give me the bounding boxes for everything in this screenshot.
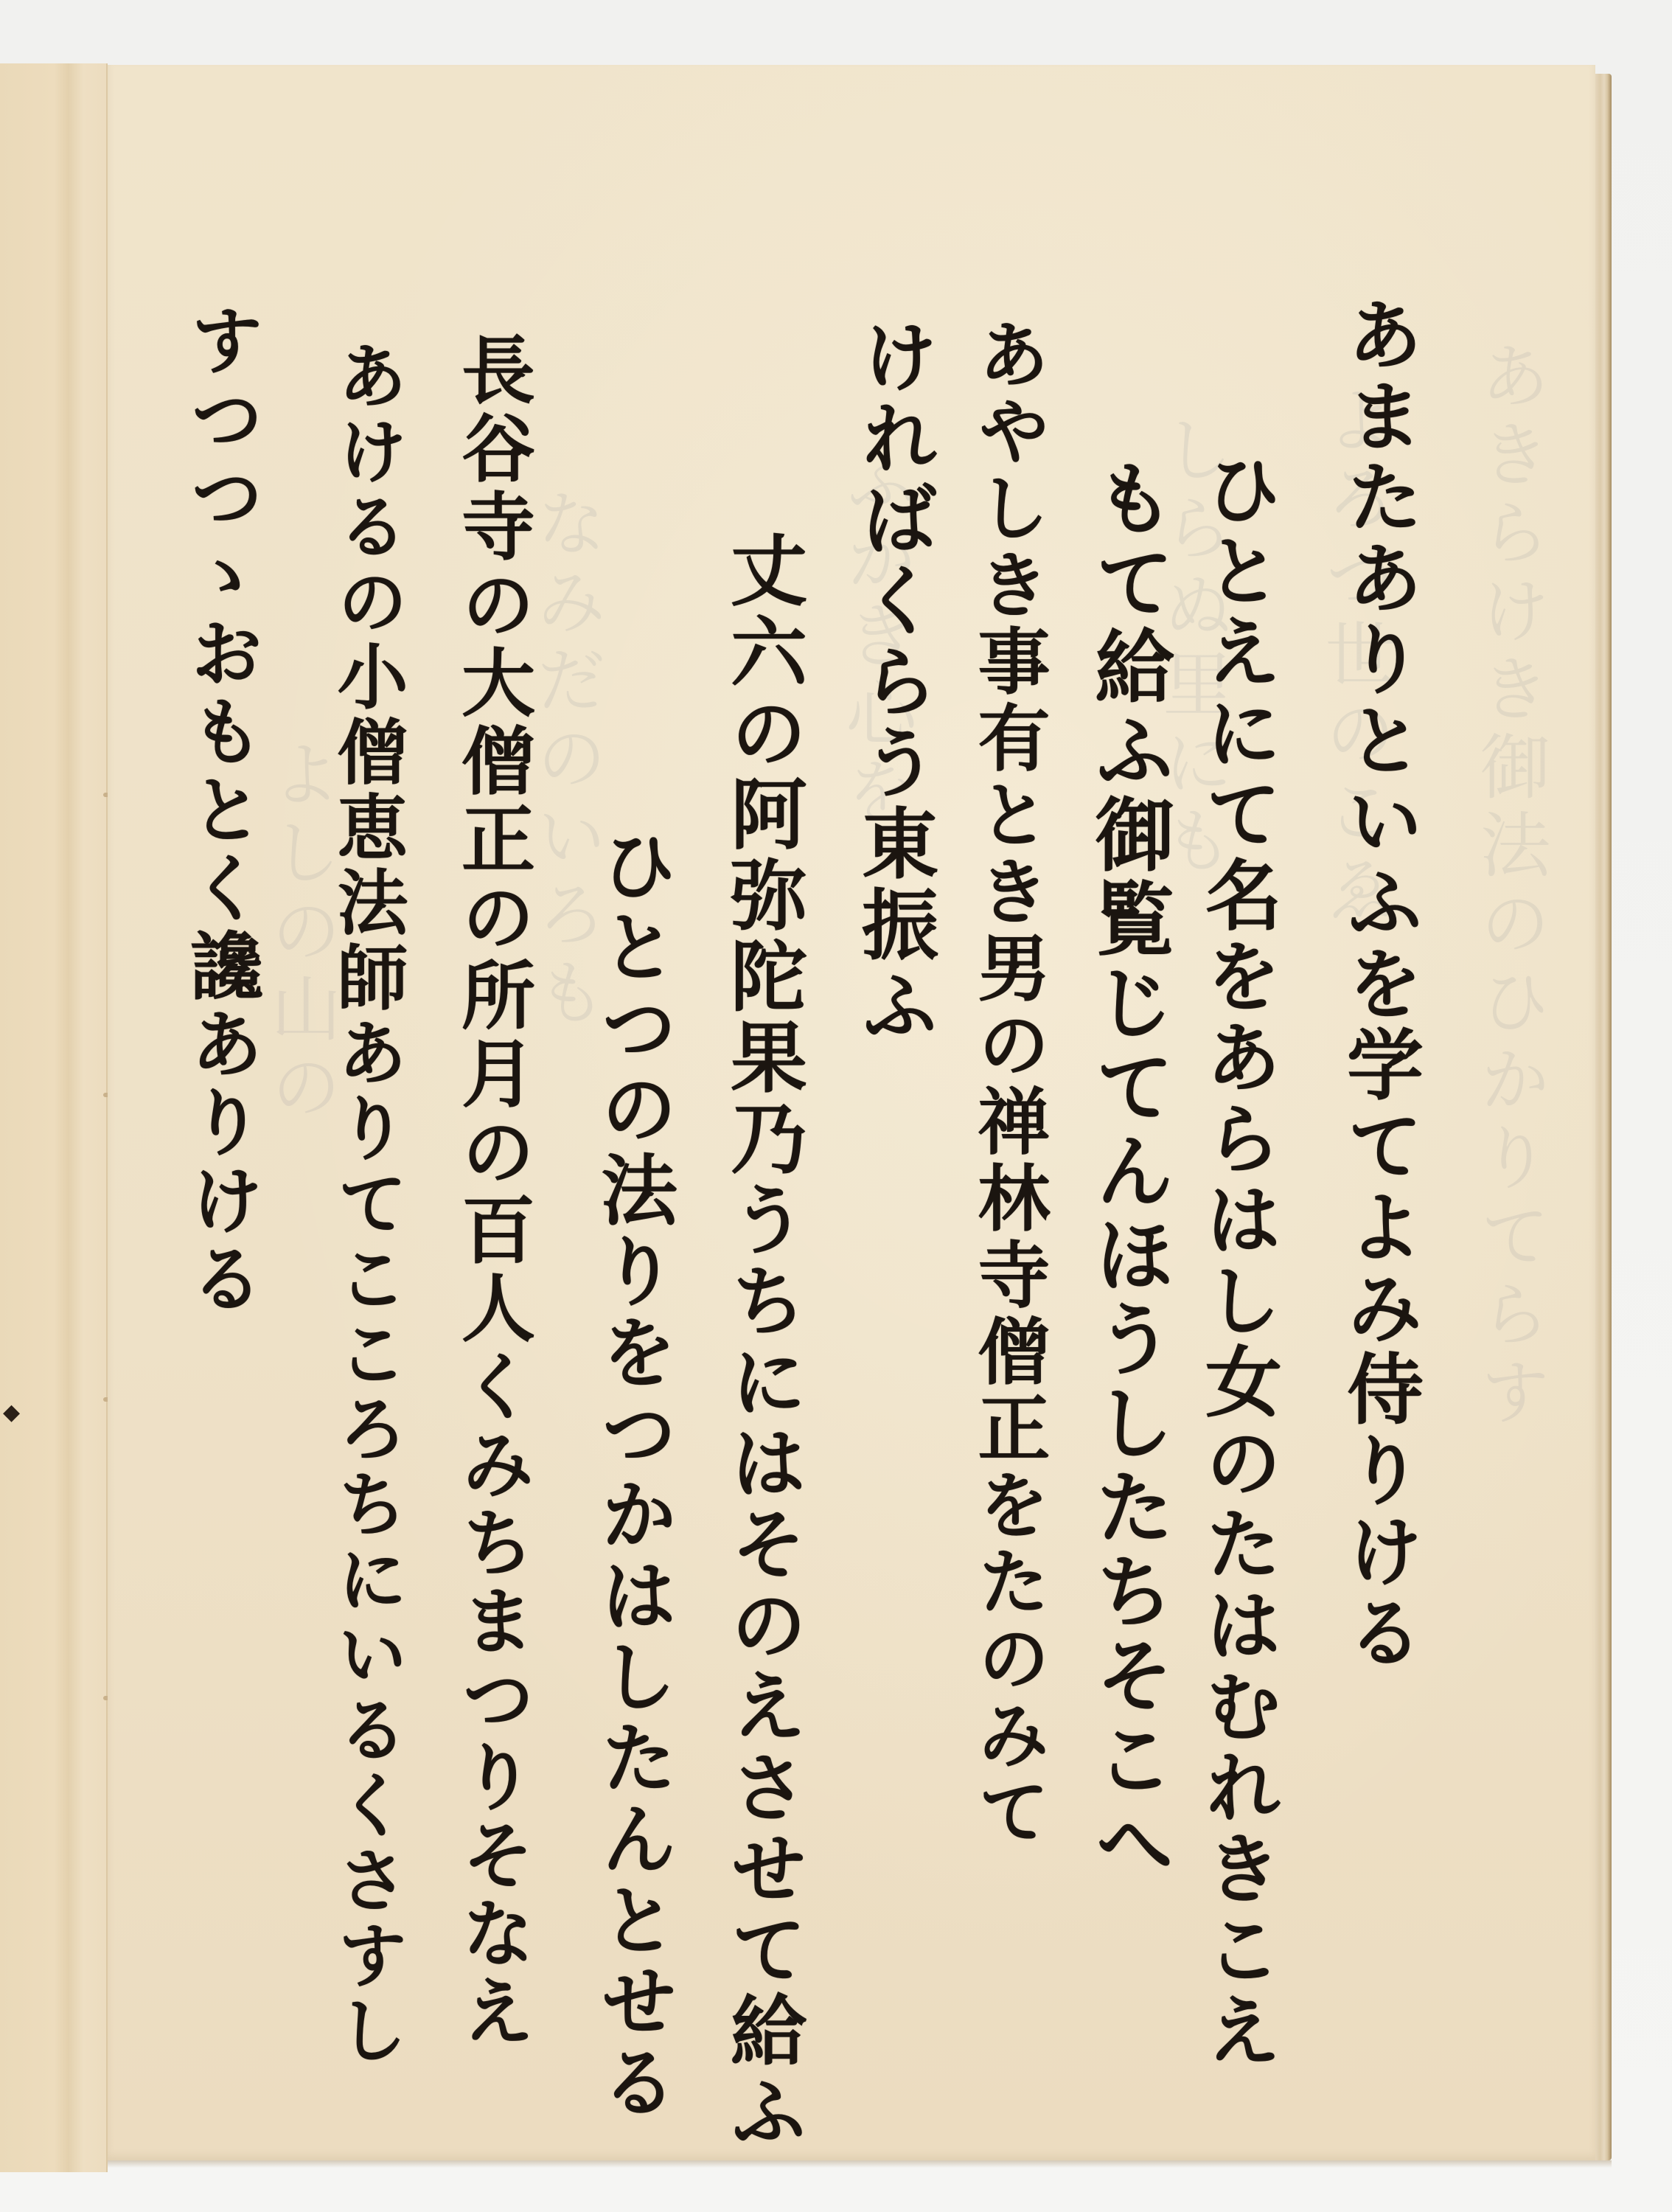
- left-page-ink-mark: ◆: [3, 1398, 15, 1427]
- binding-gutter: [68, 63, 108, 2172]
- left-page-edge: ◆: [0, 63, 69, 2172]
- text-column-1: あまたありといふを学てよみ侍りける: [1340, 295, 1417, 1674]
- text-column-6: 丈六の阿弥陀果乃うちにはそのえさせて給ふ: [724, 531, 801, 2153]
- text-column-8: 長谷寺の大僧正の所月の百人くみちまつりそなえ: [456, 332, 529, 2051]
- bleed-through-text: あきらけき御法のひかりてらす: [1474, 339, 1545, 1433]
- text-column-5: ければくらう東振ふ: [855, 317, 932, 1047]
- page-bottom-shadow: [108, 2160, 1612, 2168]
- text-column-10: すつつゝおもとく讒ありける: [184, 302, 258, 1318]
- text-column-2: ひとえにて名をあらはし女のたはむれきこえ: [1199, 450, 1275, 2072]
- text-column-3: もて給ふ御覧じてんほうしたちそこへ: [1088, 457, 1168, 1886]
- text-column-7: ひとつの法りをつかはしたんとせる: [594, 826, 671, 2124]
- page-stack-edges: [1595, 74, 1612, 2160]
- text-column-4: あやしき事有とき男の禅林寺僧正をたのみて: [972, 317, 1044, 1851]
- text-column-9: あけるの小僧恵法師ありてこころちにいるくさすし: [332, 339, 403, 2069]
